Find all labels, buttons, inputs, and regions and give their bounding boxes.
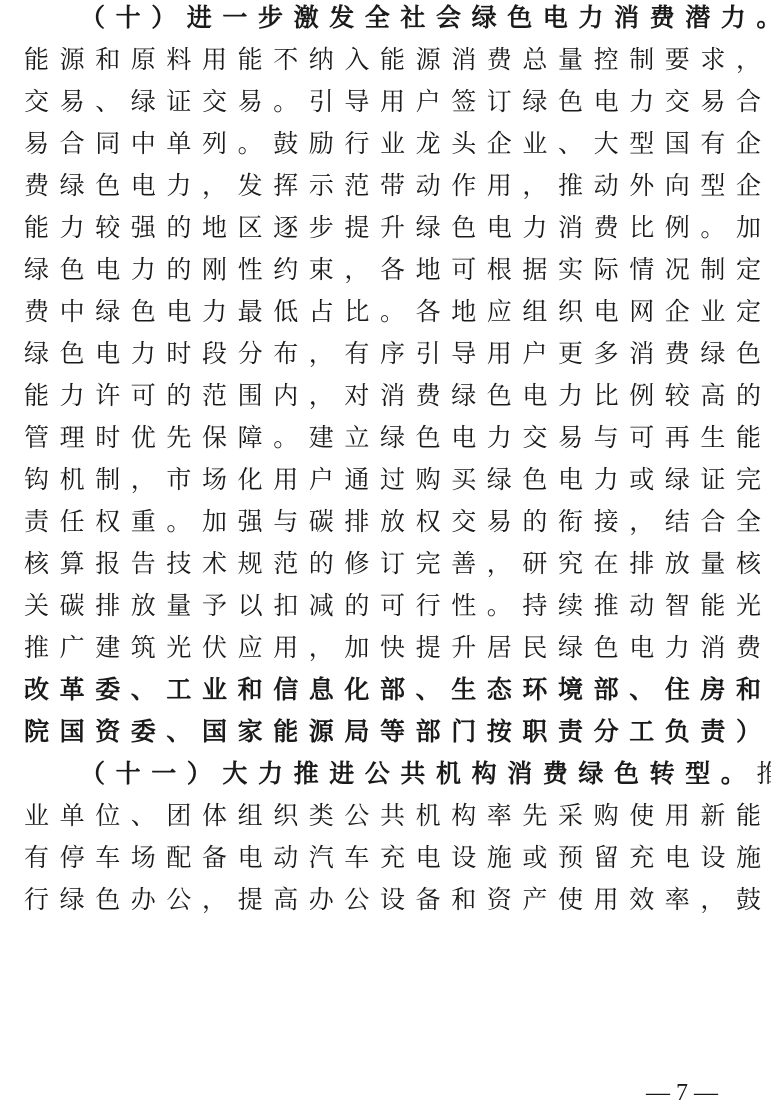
paragraph-line: 能力许可的范围内，对消费绿色电力比例较高的用户在实施需求侧 bbox=[24, 375, 771, 417]
responsible-departments-line: 院国资委、国家能源局等部门按职责分工负责） bbox=[24, 711, 771, 753]
paragraph-line: 管理时优先保障。建立绿色电力交易与可再生能源消纳责任权重挂 bbox=[24, 417, 771, 459]
paragraph-line-with-responsibility: 推广建筑光伏应用，加快提升居民绿色电力消费占比。（国家发展 bbox=[24, 627, 771, 669]
paragraph-line: 能力较强的地区逐步提升绿色电力消费比例。加强高耗能企业使用 bbox=[24, 207, 771, 249]
paragraph-line: 易合同中单列。鼓励行业龙头企业、大型国有企业、跨国公司等消 bbox=[24, 123, 771, 165]
paragraph-line: 核算报告技术规范的修订完善，研究在排放量核算中将绿色电力相 bbox=[24, 543, 771, 585]
section-10-heading: （十）进一步激发全社会绿色电力消费潜力。 bbox=[80, 3, 771, 32]
section-11-heading: （十一）大力推进公共机构消费绿色转型。 bbox=[80, 759, 756, 788]
page-number: — 7 — bbox=[646, 1076, 718, 1110]
paragraph-line: 有停车场配备电动汽车充电设施或预留充电设施安装条件。积极推 bbox=[24, 837, 771, 879]
paragraph-line: 绿色电力的刚性约束，各地可根据实际情况制定高耗能企业电力消 bbox=[24, 249, 771, 291]
paragraph-line: 能源和原料用能不纳入能源消费总量控制要求，统筹推动绿色电力 bbox=[24, 39, 771, 81]
paragraph-line: 业单位、团体组织类公共机构率先采购使用新能源汽车，新建和既 bbox=[24, 795, 771, 837]
paragraph-line: 绿色电力时段分布，有序引导用户更多消费绿色电力。在电网保供 bbox=[24, 333, 771, 375]
paragraph-line: 费绿色电力，发挥示范带动作用，推动外向型企业较多、经济承受 bbox=[24, 165, 771, 207]
paragraph-line: 行绿色办公，提高办公设备和资产使用效率，鼓励无纸化办公和双 bbox=[24, 879, 771, 921]
section-11-text: 推动国家机关、事 bbox=[756, 759, 771, 788]
paragraph-line: 费中绿色电力最低占比。各地应组织电网企业定期梳理、公布本地 bbox=[24, 291, 771, 333]
responsible-departments-line: 改革委、工业和信息化部、生态环境部、住房和城乡建设部、国务 bbox=[24, 669, 771, 711]
paragraph-line: 交易、绿证交易。引导用户签订绿色电力交易合同，并在中长期交 bbox=[24, 81, 771, 123]
paragraph-text: 推广建筑光伏应用，加快提升居民绿色电力消费占比。 bbox=[24, 633, 771, 662]
paragraph-line: 钩机制，市场化用户通过购买绿色电力或绿证完成可再生能源消纳 bbox=[24, 459, 771, 501]
section-11-heading-line: （十一）大力推进公共机构消费绿色转型。推动国家机关、事 bbox=[80, 753, 771, 795]
paragraph-line: 关碳排放量予以扣减的可行性。持续推动智能光伏创新发展，大力 bbox=[24, 585, 771, 627]
paragraph-line: 责任权重。加强与碳排放权交易的衔接，结合全国碳市场相关行业 bbox=[24, 501, 771, 543]
section-10-heading-line: （十）进一步激发全社会绿色电力消费潜力。落实新增可再生 bbox=[80, 0, 771, 39]
